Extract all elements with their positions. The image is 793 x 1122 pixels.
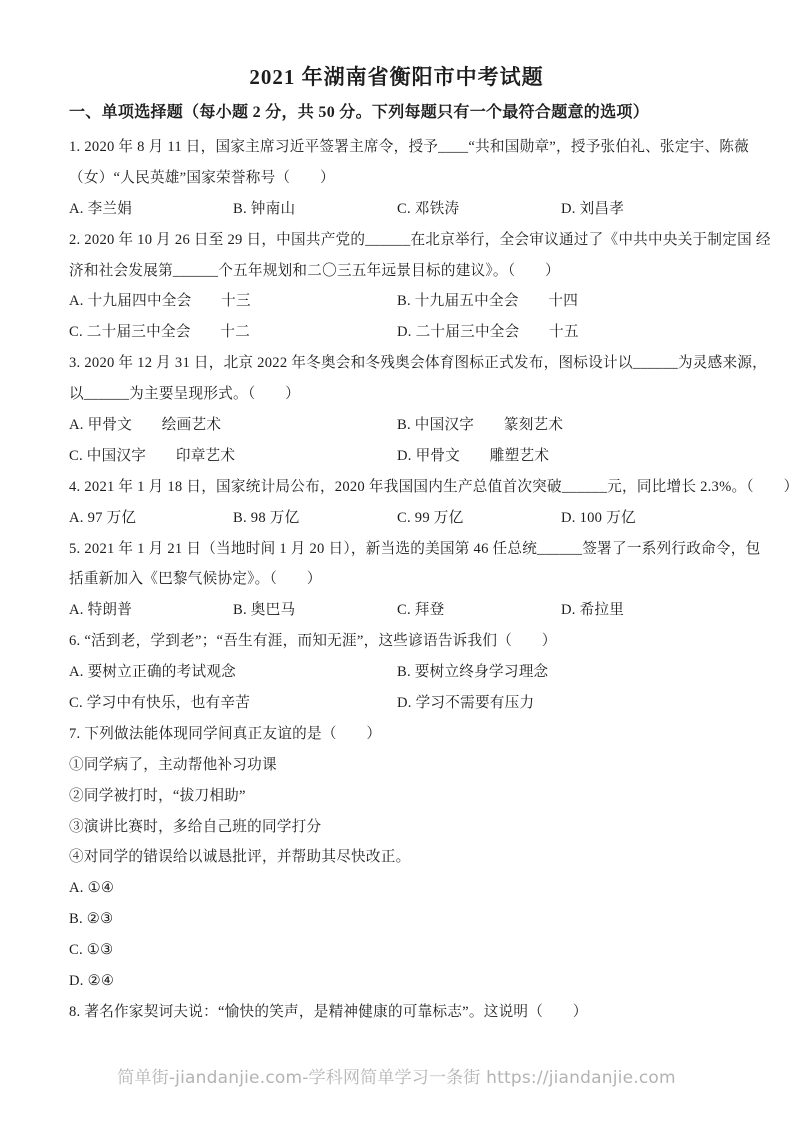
question-1-option-d: D. 刘昌孝 [561,194,624,225]
question-7-option-a: A. ①④ [69,873,793,904]
question-4-option-c: C. 99 万亿 [397,503,561,534]
question-4-option-b: B. 98 万亿 [233,503,397,534]
question-3-option-b: B. 中国汉字 篆刻艺术 [397,410,563,441]
question-1-text-line: 1. 2020 年 8 月 11 日，国家主席习近平签署主席令，授予____“共… [69,132,793,163]
question-6-option-row: A. 要树立正确的考试观念 B. 要树立终身学习理念 [69,657,793,688]
question-4-option-d: D. 100 万亿 [561,503,636,534]
question-4-option-a: A. 97 万亿 [69,503,233,534]
question-1-option-b: B. 钟南山 [233,194,397,225]
question-7-option-b: B. ②③ [69,904,793,935]
question-6-option-d: D. 学习不需要有压力 [397,688,534,719]
question-7-item-3: ③演讲比赛时，多给自己班的同学打分 [69,812,793,843]
question-3-text-line: 以______为主要呈现形式。（ ） [69,379,793,410]
question-5-text-line: 括重新加入《巴黎气候协定》。（ ） [69,564,793,595]
question-6-option-a: A. 要树立正确的考试观念 [69,657,397,688]
question-7-option-c: C. ①③ [69,935,793,966]
question-7-item-4: ④对同学的错误给以诚恳批评，并帮助其尽快改正。 [69,842,793,873]
question-7: 7. 下列做法能体现同学间真正友谊的是（ ） ①同学病了，主动帮他补习功课 ②同… [69,719,793,997]
question-6-option-c: C. 学习中有快乐，也有辛苦 [69,688,397,719]
question-6-option-b: B. 要树立终身学习理念 [397,657,548,688]
question-3-option-row: C. 中国汉字 印章艺术 D. 甲骨文 雕塑艺术 [69,441,793,472]
question-1-option-row: A. 李兰娟 B. 钟南山 C. 邓铁涛 D. 刘昌孝 [69,194,793,225]
question-3-option-c: C. 中国汉字 印章艺术 [69,441,397,472]
question-list: 1. 2020 年 8 月 11 日，国家主席习近平签署主席令，授予____“共… [0,132,793,1028]
question-6: 6. “活到老，学到老”；“吾生有涯，而知无涯”，这些谚语告诉我们（ ） A. … [69,626,793,719]
exam-document-page: 2021 年湖南省衡阳市中考试题 一、单项选择题（每小题 2 分，共 50 分。… [0,0,793,1122]
page-title: 2021 年湖南省衡阳市中考试题 [0,0,793,91]
question-2-option-d: D. 二十届三中全会 十五 [397,317,579,348]
question-3-option-d: D. 甲骨文 雕塑艺术 [397,441,549,472]
question-5-option-b: B. 奥巴马 [233,595,397,626]
question-5-option-a: A. 特朗普 [69,595,233,626]
question-7-text-line: 7. 下列做法能体现同学间真正友谊的是（ ） [69,719,793,750]
question-8-text-line: 8. 著名作家契诃夫说：“愉快的笑声，是精神健康的可靠标志”。这说明（ ） [69,997,793,1028]
question-2-text-line: 2. 2020 年 10 月 26 日至 29 日，中国共产党的______在北… [69,225,793,256]
section-header: 一、单项选择题（每小题 2 分，共 50 分。下列每题只有一个最符合题意的选项） [69,100,793,125]
question-3: 3. 2020 年 12 月 31 日，北京 2022 年冬奥会和冬残奥会体育图… [69,348,793,472]
question-1: 1. 2020 年 8 月 11 日，国家主席习近平签署主席令，授予____“共… [69,132,793,225]
question-2-option-c: C. 二十届三中全会 十二 [69,317,397,348]
question-3-option-row: A. 甲骨文 绘画艺术 B. 中国汉字 篆刻艺术 [69,410,793,441]
question-5-option-c: C. 拜登 [397,595,561,626]
question-1-text-line: （女）“人民英雄”国家荣誉称号（ ） [69,163,793,194]
question-6-option-row: C. 学习中有快乐，也有辛苦 D. 学习不需要有压力 [69,688,793,719]
question-2-option-row: A. 十九届四中全会 十三 B. 十九届五中全会 十四 [69,286,793,317]
question-5-option-d: D. 希拉里 [561,595,624,626]
question-4-text-line: 4. 2021 年 1 月 18 日，国家统计局公布，2020 年我国国内生产总… [69,472,793,503]
question-2-text-line: 济和社会发展第______个五年规划和二〇三五年远景目标的建议》。（ ） [69,256,793,287]
question-8: 8. 著名作家契诃夫说：“愉快的笑声，是精神健康的可靠标志”。这说明（ ） [69,997,793,1028]
question-5: 5. 2021 年 1 月 21 日（当地时间 1 月 20 日），新当选的美国… [69,534,793,627]
question-4-option-row: A. 97 万亿 B. 98 万亿 C. 99 万亿 D. 100 万亿 [69,503,793,534]
question-6-text-line: 6. “活到老，学到老”；“吾生有涯，而知无涯”，这些谚语告诉我们（ ） [69,626,793,657]
question-3-text-line: 3. 2020 年 12 月 31 日，北京 2022 年冬奥会和冬残奥会体育图… [69,348,793,379]
question-2: 2. 2020 年 10 月 26 日至 29 日，中国共产党的______在北… [69,225,793,349]
question-7-option-d: D. ②④ [69,966,793,997]
question-4: 4. 2021 年 1 月 18 日，国家统计局公布，2020 年我国国内生产总… [69,472,793,534]
question-1-option-c: C. 邓铁涛 [397,194,561,225]
question-3-option-a: A. 甲骨文 绘画艺术 [69,410,397,441]
watermark-footer: 简单街-jiandanjie.com-学科网简单学习一条街 https://ji… [0,1064,793,1092]
question-5-text-line: 5. 2021 年 1 月 21 日（当地时间 1 月 20 日），新当选的美国… [69,534,793,565]
question-5-option-row: A. 特朗普 B. 奥巴马 C. 拜登 D. 希拉里 [69,595,793,626]
question-2-option-row: C. 二十届三中全会 十二 D. 二十届三中全会 十五 [69,317,793,348]
question-2-option-a: A. 十九届四中全会 十三 [69,286,397,317]
question-2-option-b: B. 十九届五中全会 十四 [397,286,578,317]
question-7-item-1: ①同学病了，主动帮他补习功课 [69,750,793,781]
question-7-item-2: ②同学被打时，“拔刀相助” [69,781,793,812]
question-1-option-a: A. 李兰娟 [69,194,233,225]
